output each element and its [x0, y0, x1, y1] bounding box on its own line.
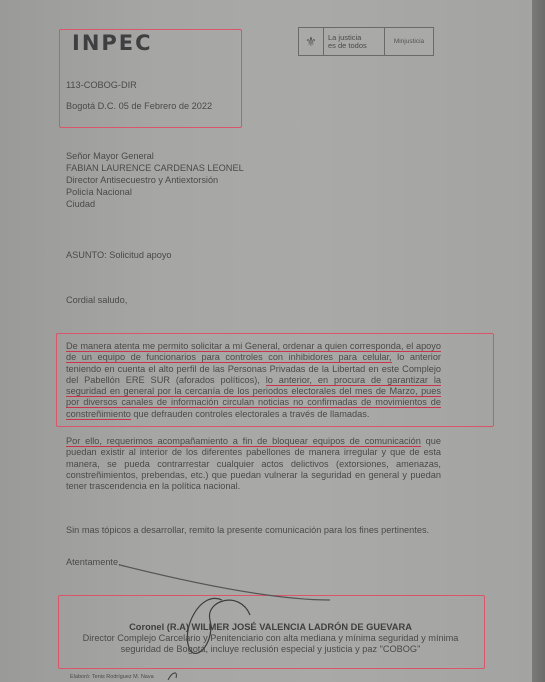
signatory-name: Coronel (R.A) WILMER JOSÉ VALENCIA LADRÓ… — [58, 622, 483, 632]
signatory-title-line-2: seguridad de Bogotá, incluye reclusión e… — [58, 644, 483, 655]
signatory-title-line-1: Director Complejo Carcelario y Penitenci… — [58, 633, 483, 644]
signatory-title: Director Complejo Carcelario y Penitenci… — [58, 633, 483, 655]
footer-note: Elaboró: Tenis Rodríguez M. Nava — [70, 674, 154, 681]
handwritten-signature — [0, 0, 545, 682]
